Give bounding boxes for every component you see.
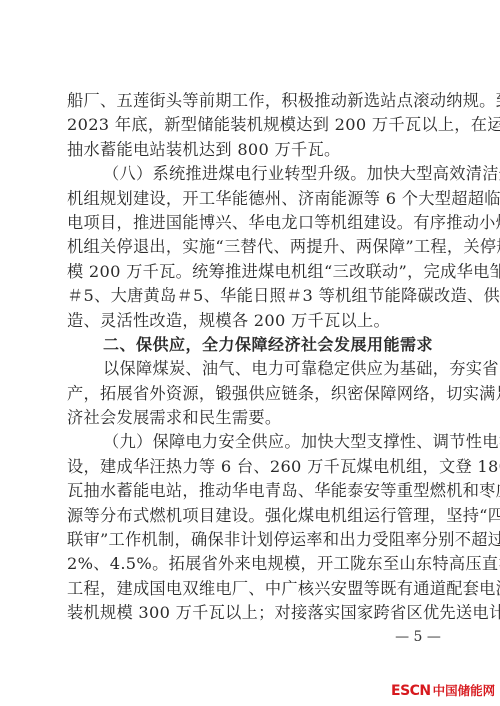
- text-line: 2023 年底，新型储能装机规模达到 200 万千瓦以上，在运在建: [67, 113, 439, 137]
- text-line: 机组关停退出，实施“三替代、两提升、两保障”工程，关停规: [67, 235, 439, 259]
- text-line: 产，拓展省外资源，锻强供应链条，织密保障网络，切实满足经: [67, 382, 439, 406]
- section-heading: 二、保供应，全力保障经济社会发展用能需求: [67, 333, 439, 357]
- text-line: ＃5、大唐黄岛＃5、华能日照＃3 等机组节能降碳改造、供热改: [67, 284, 439, 308]
- text-line: 造、灵活性改造，规模各 200 万千瓦以上。: [67, 309, 439, 333]
- text-line: 船厂、五莲街头等前期工作，积极推动新选站点滚动纳规。到: [67, 89, 439, 113]
- text-line: 济社会发展需求和民生需要。: [67, 406, 439, 430]
- text-line: 联审”工作机制，确保非计划停运率和出力受阻率分别不超过: [67, 528, 439, 552]
- text-line: 源等分布式燃机项目建设。强化煤电机组运行管理，坚持“四方: [67, 504, 439, 528]
- logo-cn-text: 中国储能网: [433, 683, 496, 698]
- text-line: 瓦抽水蓄能电站，推动华电青岛、华能泰安等重型燃机和枣庄丰: [67, 479, 439, 503]
- text-line: 工程，建成国电双维电厂、中广核兴安盟等既有通道配套电源，: [67, 577, 439, 601]
- text-line: 2%、4.5%。拓展省外来电规模，开工陇东至山东特高压直流输电: [67, 552, 439, 576]
- text-line: 抽水蓄能电站装机达到 800 万千瓦。: [67, 138, 439, 162]
- section-9-title-line: （九）保障电力安全供应。加快大型支撑性、调节性电源建: [67, 430, 439, 454]
- text-line: 机组规划建设，开工华能德州、济南能源等 6 个大型超超临界煤: [67, 187, 439, 211]
- document-page: 船厂、五莲街头等前期工作，积极推动新选站点滚动纳规。到 2023 年底，新型储能…: [67, 89, 439, 626]
- logo-en-text: ESCN: [391, 683, 431, 699]
- text-line: 设，建成华汪热力等 6 台、260 万千瓦煤电机组，文登 180 万千: [67, 455, 439, 479]
- escn-watermark-logo: ESCN中国储能网: [391, 681, 495, 699]
- text-line: 装机规模 300 万千瓦以上；对接落实国家跨省区优先送电计划和: [67, 601, 439, 625]
- page-number: — 5 —: [390, 629, 446, 645]
- text-line: 以保障煤炭、油气、电力可靠稳定供应为基础，夯实省内生: [67, 357, 439, 381]
- text-line: 模 200 万千瓦。统筹推进煤电机组“三改联动”，完成华电邹县: [67, 260, 439, 284]
- text-line: 电项目，推进国能博兴、华电龙口等机组建设。有序推动小煤电: [67, 211, 439, 235]
- section-8-title-line: （八）系统推进煤电行业转型升级。加快大型高效清洁煤电: [67, 162, 439, 186]
